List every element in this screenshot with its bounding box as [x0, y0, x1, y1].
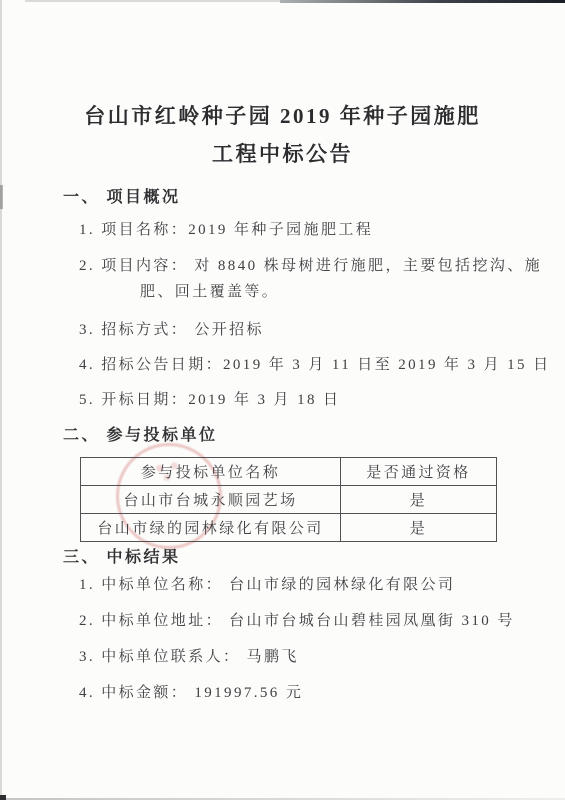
section-heading-participating-bidders: 二、 参与投标单位	[63, 426, 218, 446]
table-cell-bidder-name: 台山市绿的园林绿化有限公司	[81, 514, 341, 542]
document-title-line-2: 工程中标公告	[0, 141, 565, 167]
scan-artifact-left-blotch	[0, 185, 3, 209]
table-row: 台山市绿的园林绿化有限公司 是	[81, 514, 497, 542]
bidders-table: 参与投标单位名称 是否通过资格 台山市台城永顺园艺场 是 台山市绿的园林绿化有限…	[80, 457, 497, 542]
section-heading-award-result: 三、 中标结果	[63, 548, 181, 568]
scan-artifact-top-edge-light	[25, 0, 280, 2]
section-heading-project-overview: 一、 项目概况	[63, 188, 181, 208]
document-title-line-1: 台山市红岭种子园 2019 年种子园施肥	[0, 103, 565, 129]
winner-address-line: 2. 中标单位地址： 台山市台城台山碧桂园凤凰街 310 号	[79, 611, 515, 631]
bid-opening-date-line: 5. 开标日期：2019 年 3 月 18 日	[79, 390, 340, 410]
project-content-line-1: 2. 项目内容： 对 8840 株母树进行施肥，主要包括挖沟、施	[79, 256, 542, 276]
table-cell-qualified: 是	[341, 486, 497, 514]
tender-announcement-dates-line: 4. 招标公告日期：2019 年 3 月 11 日至 2019 年 3 月 15…	[79, 355, 551, 375]
scan-artifact-top-edge-dark	[280, 0, 565, 3]
table-cell-qualified: 是	[341, 514, 497, 542]
winner-contact-line: 3. 中标单位联系人： 马鹏飞	[79, 647, 299, 667]
award-amount-line: 4. 中标金额： 191997.56 元	[79, 683, 303, 703]
table-header-row: 参与投标单位名称 是否通过资格	[81, 458, 497, 486]
project-name-line: 1. 项目名称：2019 年种子园施肥工程	[79, 220, 373, 240]
table-row: 台山市台城永顺园艺场 是	[81, 486, 497, 514]
winner-name-line: 1. 中标单位名称： 台山市绿的园林绿化有限公司	[79, 575, 455, 595]
table-header-bidder-name: 参与投标单位名称	[81, 458, 341, 486]
project-content-line-2: 肥、回土覆盖等。	[140, 282, 279, 302]
scanned-document-page: 台山市红岭种子园 2019 年种子园施肥 工程中标公告 一、 项目概况 1. 项…	[0, 0, 565, 800]
tender-method-line: 3. 招标方式： 公开招标	[79, 320, 264, 340]
table-header-qualified: 是否通过资格	[341, 458, 497, 486]
scan-artifact-corner-speck	[0, 795, 6, 800]
table-cell-bidder-name: 台山市台城永顺园艺场	[81, 486, 341, 514]
